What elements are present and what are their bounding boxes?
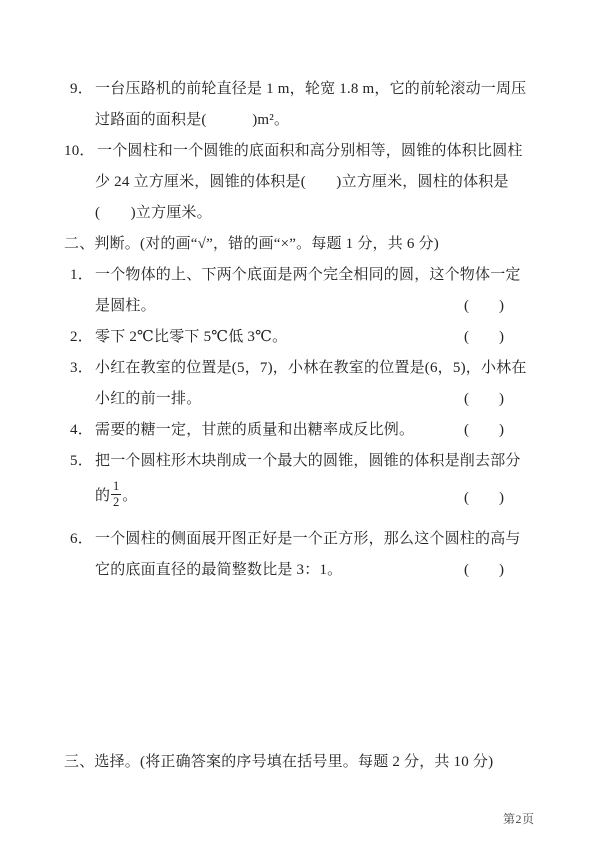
question-10-line-2: 少 24 立方厘米，圆锥的体积是( )立方厘米，圆柱的体积是 (95, 174, 509, 191)
judge-2-number: 2． (70, 329, 93, 346)
judge-1-line-2: 是圆柱。 (95, 298, 156, 315)
judge-5-line-2: 的 1 2 。 (95, 476, 137, 512)
judge-4-line-1: 需要的糖一定，甘蔗的质量和出糖率成反比例。 (95, 422, 414, 439)
judge-4-answer-bracket: ( ) (464, 422, 504, 439)
judge-1-line-1: 一个物体的上、下两个底面是两个完全相同的圆，这个物体一定 (95, 267, 521, 284)
page-number: 第2页 (503, 810, 535, 827)
question-9-line-1: 一台压路机的前轮直径是 1 m，轮宽 1.8 m，它的前轮滚动一周压 (95, 81, 526, 98)
judge-6-line-1: 一个圆柱的侧面展开图正好是一个正方形，那么这个圆柱的高与 (95, 531, 521, 548)
judge-3-line-1: 小红在教室的位置是(5，7)，小林在教室的位置是(6，5)，小林在 (95, 360, 527, 377)
judge-5-number: 5． (70, 453, 93, 470)
judge-1-number: 1． (70, 267, 93, 284)
judge-5-answer-bracket: ( ) (464, 490, 504, 507)
question-10-line-3: ( )立方厘米。 (95, 205, 212, 222)
fraction-denominator: 2 (111, 494, 121, 509)
question-9-line-2: 过路面的面积是( )m²。 (95, 112, 289, 129)
one-half-fraction: 1 2 (111, 479, 121, 509)
judge-5-line-1: 把一个圆柱形木块削成一个最大的圆锥，圆锥的体积是削去部分 (95, 453, 521, 470)
question-9-number: 9． (70, 81, 93, 98)
judge-3-number: 3． (70, 360, 93, 377)
question-10-line-1: 一个圆柱和一个圆锥的底面积和高分别相等，圆锥的体积比圆柱 (97, 143, 523, 160)
judge-6-line-2: 它的底面直径的最简整数比是 3：1。 (95, 562, 342, 579)
judge-3-answer-bracket: ( ) (464, 391, 504, 408)
judge-3-line-2: 小红的前一排。 (95, 391, 201, 408)
exam-page: 9． 一台压路机的前轮直径是 1 m，轮宽 1.8 m，它的前轮滚动一周压 过路… (0, 0, 596, 842)
fraction-numerator: 1 (111, 479, 121, 493)
judge-5-fraction-prefix: 的 (95, 484, 110, 505)
section-2-judgement-title: 二、判断。(对的画“√”，错的画“×”。每题 1 分，共 6 分) (64, 236, 439, 253)
judge-2-answer-bracket: ( ) (464, 329, 504, 346)
question-10-number: 10． (64, 143, 95, 160)
section-3-choice-title: 三、选择。(将正确答案的序号填在括号里。每题 2 分，共 10 分) (64, 754, 493, 771)
judge-6-answer-bracket: ( ) (464, 562, 504, 579)
judge-2-line-1: 零下 2℃比零下 5℃低 3℃。 (95, 329, 287, 346)
judge-4-number: 4． (70, 422, 93, 439)
judge-1-answer-bracket: ( ) (464, 298, 504, 315)
judge-5-fraction-suffix: 。 (122, 484, 137, 505)
judge-6-number: 6． (70, 531, 93, 548)
